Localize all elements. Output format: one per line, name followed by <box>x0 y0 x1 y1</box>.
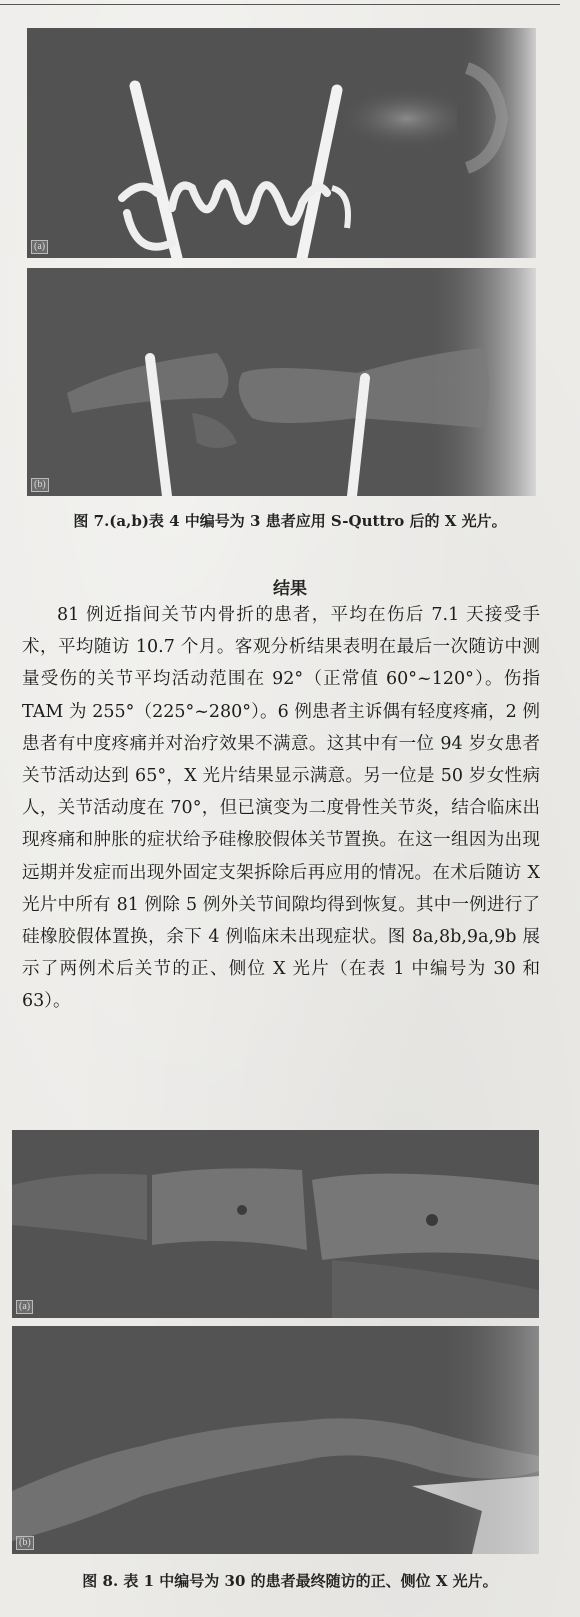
xray-image-pinned-finger <box>27 268 536 496</box>
figure7-panel-b-xray: (b) <box>27 268 536 496</box>
xray-image-pa-view <box>12 1130 539 1318</box>
section-heading-results: 结果 <box>0 574 580 599</box>
figure8-panel-b-xray: (b) <box>12 1326 539 1554</box>
panel-label: (b) <box>31 478 49 492</box>
panel-label: (a) <box>31 240 48 254</box>
figure7-panel-a-xray: (a) <box>27 28 536 258</box>
figure7-caption: 图 7.(a,b)表 4 中编号为 3 患者应用 S-Quttro 后的 X 光… <box>0 510 580 531</box>
panel-label: (a) <box>16 1300 33 1314</box>
results-paragraph: 81 例近指间关节内骨折的患者，平均在伤后 7.1 天接受手术，平均随访 10.… <box>22 599 540 1018</box>
figure8-caption: 图 8. 表 1 中编号为 30 的患者最终随访的正、侧位 X 光片。 <box>0 1570 580 1591</box>
figure8-panel-a-xray: (a) <box>12 1130 539 1318</box>
xray-image-fixator-spring <box>27 28 536 258</box>
panel-label: (b) <box>16 1536 34 1550</box>
xray-image-lateral-view <box>12 1326 539 1554</box>
results-body-text: 81 例近指间关节内骨折的患者，平均在伤后 7.1 天接受手术，平均随访 10.… <box>22 599 540 1018</box>
running-header-rule <box>0 4 560 5</box>
